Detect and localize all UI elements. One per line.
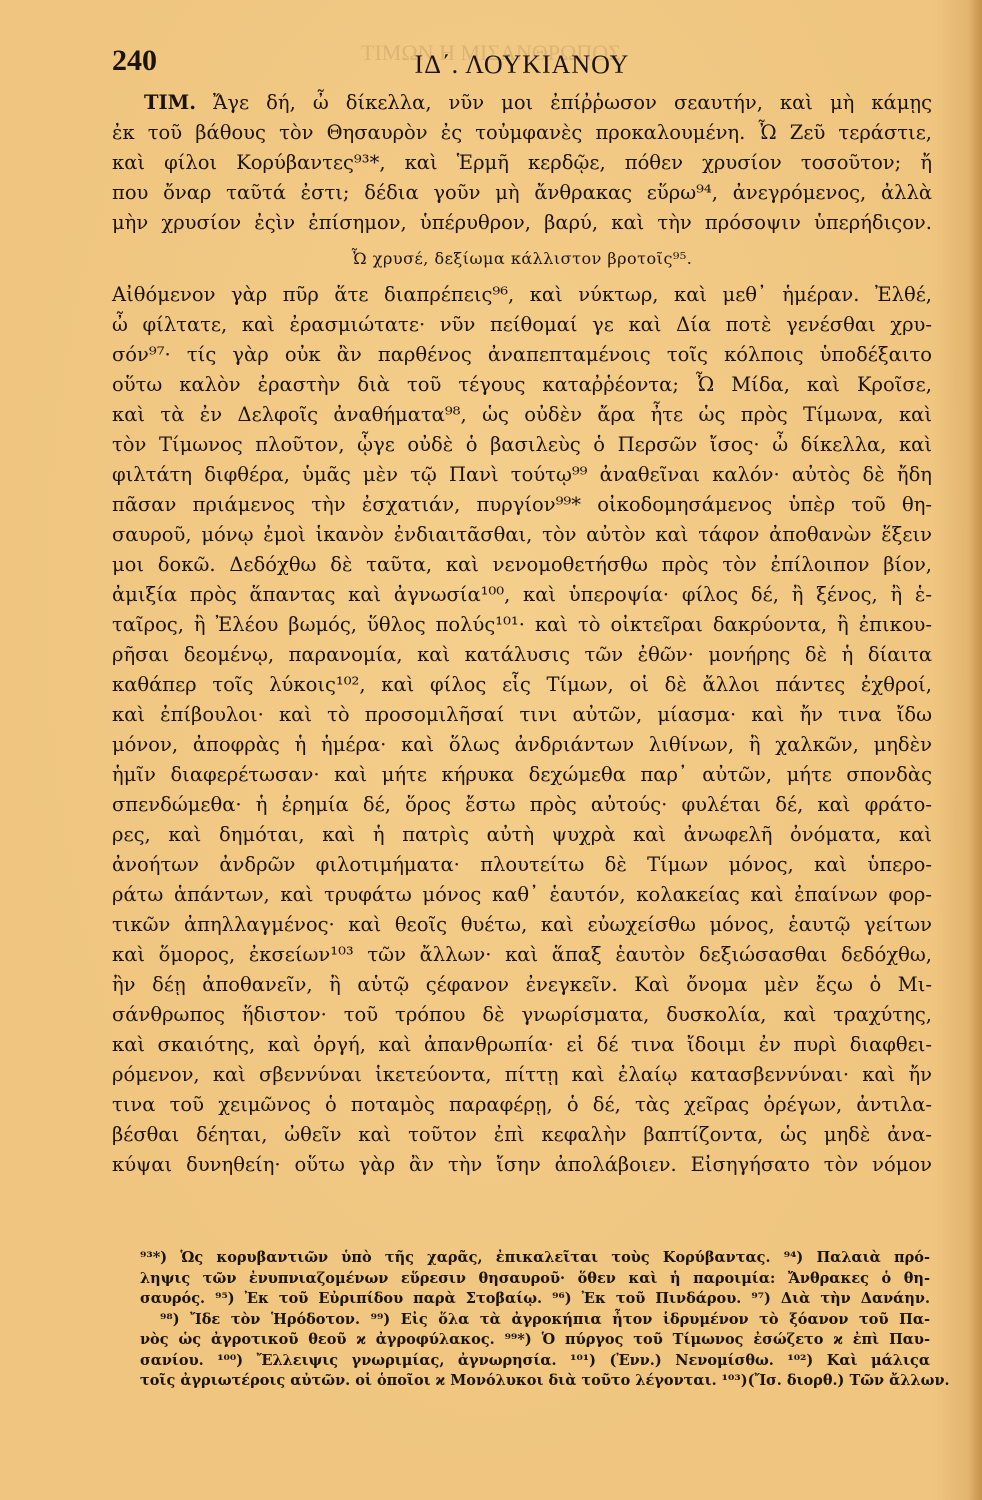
- text-line: τὸν Τίμωνος πλοῦτον, ᾧγε οὐδὲ ὁ βασιλεὺς…: [112, 430, 932, 460]
- text-line: καὶ ἐπίβουλοι· καὶ τὸ προσομιλῆσαί τινι …: [112, 700, 932, 730]
- text-line: καὶ ὅμορος, ἐκσείων¹⁰³ τῶν ἄλλων· καὶ ἅπ…: [112, 940, 932, 970]
- text-line: τινα τοῦ χειμῶνος ὁ ποταμὸς παραφέρῃ, ὁ …: [112, 1090, 932, 1120]
- text-line: μόνον, ἀποφρὰς ἡ ἡμέρα· καὶ ὅλως ἀνδριάν…: [112, 730, 932, 760]
- text-line: σπενδώμεθα· ἡ ἐρημία δέ, ὅρος ἔστω πρὸς …: [112, 790, 932, 820]
- text-line: βέσθαι δέηται, ὠθεῖν καὶ τοῦτον ἐπὶ κεφα…: [112, 1120, 932, 1150]
- footnote-line: ⁹³*) Ὡς κορυβαντιῶν ὑπὸ τῆς χαρᾶς, ἐπικα…: [140, 1248, 930, 1269]
- running-title: ΙΔ΄. ΛΟΥΚΙΑΝΟΥ: [112, 50, 932, 80]
- footnote-line: τοῖς ἀγριωτέροις αὐτῶν. οἱ ὁποῖοι ϰ Μονό…: [140, 1371, 930, 1392]
- speaker-label: ΤΙΜ.: [144, 91, 196, 114]
- text-line: ἐκ τοῦ βάθους τὸν Θησαυρὸν ἐς τοὐμφανὲς …: [112, 118, 932, 148]
- text-line: μὴν χρυσίον ἐςὶν ἐπίσημον, ὑπέρυθρον, βα…: [112, 208, 932, 238]
- text-line: [112, 1180, 932, 1210]
- text-line: ἀνοήτων ἀνδρῶν φιλοτιμήματα· πλουτείτω δ…: [112, 850, 932, 880]
- text-line: ὦ φίλτατε, καὶ ἐρασμιώτατε· νῦν πείθομαί…: [112, 310, 932, 340]
- text-line: φιλτάτη διφθέρα, ὑμᾶς μὲν τῷ Πανὶ τούτῳ⁹…: [112, 460, 932, 490]
- text-line: ρες, καὶ δημόται, καὶ ἡ πατρὶς αὐτὴ ψυχρ…: [112, 820, 932, 850]
- footnote-line: νὸς ὡς ἀγροτικοῦ θεοῦ ϰ ἀγροφύλακος. ⁹⁹*…: [140, 1330, 930, 1351]
- text-line: ἀμιξία πρὸς ἅπαντας καὶ ἀγνωσία¹⁰⁰, καὶ …: [112, 580, 932, 610]
- text-line: ΤΙΜ. Ἄγε δή, ὦ δίκελλα, νῦν μοι ἐπίῤῥωσο…: [112, 88, 932, 118]
- text-line: ρόμενον, καὶ σβεννύναι ἱκετεύοντα, πίττῃ…: [112, 1060, 932, 1090]
- text-line: πᾶσαν πριάμενος τὴν ἐσχατιάν, πυργίον⁹⁹*…: [112, 490, 932, 520]
- verse-quotation: Ὦ χρυσέ, δεξίωμα κάλλιστον βροτοῖς⁹⁵.: [112, 238, 932, 280]
- text-line: οὕτω καλὸν ἐραστὴν διὰ τοῦ τέγους καταῤῥ…: [112, 370, 932, 400]
- main-text: ΤΙΜ. Ἄγε δή, ὦ δίκελλα, νῦν μοι ἐπίῤῥωσο…: [112, 88, 932, 1210]
- text-line: ἡμῖν διαφερέτωσαν· καὶ μήτε κήρυκα δεχώμ…: [112, 760, 932, 790]
- text-line: καθάπερ τοῖς λύκοις¹⁰², καὶ φίλος εἷς Τί…: [112, 670, 932, 700]
- text-line: σόν⁹⁷· τίς γὰρ οὐκ ἂν παρθένος ἀναπεπταμ…: [112, 340, 932, 370]
- text-line: ράτω ἁπάντων, καὶ τρυφάτω μόνος καθ᾽ ἑαυ…: [112, 880, 932, 910]
- text-line: καὶ φίλοι Κορύβαντες⁹³*, καὶ Ἑρμῆ κερδῷε…: [112, 148, 932, 178]
- text-line: κύψαι δυνηθείη· οὕτω γὰρ ἂν τὴν ἴσην ἀπο…: [112, 1150, 932, 1180]
- text-line: καὶ σκαιότης, καὶ ὀργή, καὶ ἀπανθρωπία· …: [112, 1030, 932, 1060]
- page-edge-shadow: [968, 0, 982, 1500]
- footnote-line: σανίου. ¹⁰⁰) Ἔλλειψις γνωριμίας, ἀγνωρησ…: [140, 1351, 930, 1372]
- text-line: καὶ τὰ ἐν Δελφοῖς ἀναθήματα⁹⁸, ὡς οὐδὲν …: [112, 400, 932, 430]
- page-header: 240 ΙΔ΄. ΛΟΥΚΙΑΝΟΥ: [112, 40, 932, 80]
- text-line: τικῶν ἀπηλλαγμένος· καὶ θεοῖς θυέτω, καὶ…: [112, 910, 932, 940]
- text-line: ρῆσαι δεομένῳ, παρανομία, καὶ κατάλυσις …: [112, 640, 932, 670]
- text-line: ἢν δέῃ ἀποθανεῖν, ἢ αὑτῷ ςέφανον ἐνεγκεῖ…: [112, 970, 932, 1000]
- text-line: Αἰθόμενον γὰρ πῦρ ἅτε διαπρέπεις⁹⁶, καὶ …: [112, 280, 932, 310]
- footnote-line: ληψις τῶν ἐνυπνιαζομένων εὕρεσιν θησαυρο…: [140, 1269, 930, 1290]
- text-line: ταῖρος, ἢ Ἐλέου βωμός, ὕθλος πολύς¹⁰¹· κ…: [112, 610, 932, 640]
- text-line: σαυροῦ, μόνῳ ἐμοὶ ἱκανὸν ἐνδιαιτᾶσθαι, τ…: [112, 520, 932, 550]
- footnote-line: σαυρός. ⁹⁵) Ἐκ τοῦ Εὐριπίδου παρὰ Στοβαί…: [140, 1289, 930, 1310]
- text-line: που ὄναρ ταῦτά ἐστι; δέδια γοῦν μὴ ἄνθρα…: [112, 178, 932, 208]
- footnotes: ⁹³*) Ὡς κορυβαντιῶν ὑπὸ τῆς χαρᾶς, ἐπικα…: [140, 1248, 930, 1392]
- footnote-line: ⁹⁸) Ἴδε τὸν Ἡρόδοτον. ⁹⁹) Εἰς ὅλα τὰ ἀγρ…: [140, 1310, 930, 1331]
- text-line: σάνθρωπος ἥδιστον· τοῦ τρόπου δὲ γνωρίσμ…: [112, 1000, 932, 1030]
- text-line: μοι δοκῶ. Δεδόχθω δὲ ταῦτα, καὶ νενομοθε…: [112, 550, 932, 580]
- book-page: ΤΙΜΩΝ Η ΜΙΣΑΝΘΡΩΠΟΣ 240 ΙΔ΄. ΛΟΥΚΙΑΝΟΥ Τ…: [0, 0, 982, 1500]
